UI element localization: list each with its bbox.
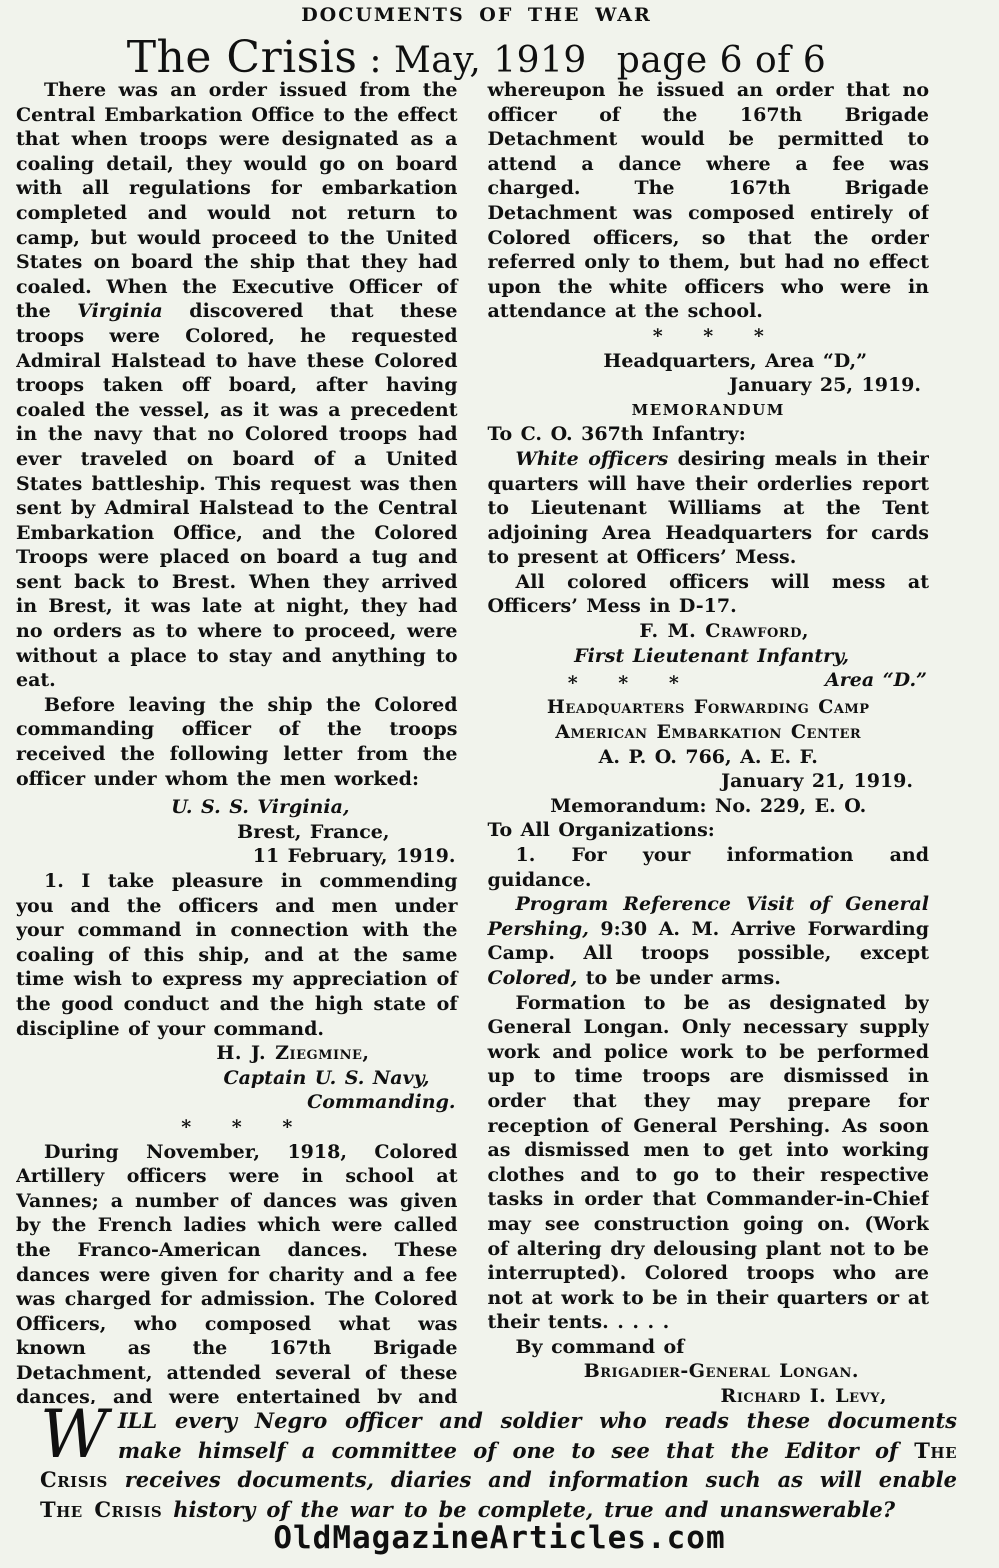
hq-line: Headquarters Forwarding Camp: [488, 695, 930, 720]
signature-title: Captain U. S. Navy,: [16, 1066, 458, 1091]
title-publication: The Crisis: [127, 32, 358, 83]
signature-block-ziegmine: H. J. Ziegmine, Captain U. S. Navy, Comm…: [16, 1041, 458, 1115]
memo-date: January 25, 1919.: [488, 373, 930, 398]
watermark-oldmagazinearticles: OldMagazineArticles.com: [0, 1520, 999, 1556]
paragraph: All colored officers will mess at Office…: [488, 570, 930, 619]
paragraph-text: discovered that these troops were Colore…: [16, 300, 458, 691]
drop-cap: W: [40, 1410, 108, 1460]
magazine-page: DOCUMENTS OF THE WAR The Crisis : May, 1…: [0, 0, 999, 1568]
signature-name: F. M. Crawford,: [488, 619, 930, 644]
page-title: The Crisis : May, 1919 page 6 of 6: [0, 32, 953, 83]
paragraph: White officers desiring meals in their q…: [488, 447, 930, 570]
memo-addressee: To All Organizations:: [488, 818, 930, 843]
letterhead-block: U. S. S. Virginia, Brest, France, 11 Feb…: [16, 795, 458, 869]
memo-date: January 21, 1919.: [488, 769, 930, 794]
paragraph-text: to be under arms.: [577, 967, 781, 989]
memo-label: MEMORANDUM: [488, 398, 930, 423]
emphasis-colored: Colored,: [488, 967, 578, 989]
letterhead-ship: U. S. S. Virginia,: [16, 795, 458, 820]
paragraph: There was an order issued from the Centr…: [16, 78, 458, 693]
paragraph: 1. I take pleasure in commending you and…: [16, 869, 458, 1041]
signature-name: Richard I. Levy,: [488, 1384, 930, 1404]
crisis-name: The Crisis: [40, 1497, 162, 1522]
memo-heading-area-d: Headquarters, Area “D,” January 25, 1919…: [488, 349, 930, 447]
right-column: whereupon he issued an order that no off…: [488, 78, 930, 1404]
appeal-text: ILL every Negro officer and soldier who …: [118, 1408, 957, 1463]
left-column: There was an order issued from the Centr…: [16, 78, 458, 1404]
paragraph: Before leaving the ship the Colored comm…: [16, 693, 458, 791]
section-kicker: DOCUMENTS OF THE WAR: [0, 4, 953, 26]
emphasis-white-officers: White officers: [516, 448, 669, 470]
signature-role: Commanding.: [16, 1090, 458, 1115]
ship-name-italic: Virginia: [77, 300, 162, 322]
appeal-text: receives documents, diaries and informat…: [108, 1467, 957, 1492]
editor-appeal: WILL every Negro officer and soldier who…: [40, 1406, 957, 1524]
signature-title: First Lieutenant Infantry,: [488, 644, 930, 669]
letterhead-date: 11 February, 1919.: [16, 844, 458, 869]
paragraph: Formation to be as designated by General…: [488, 991, 930, 1335]
letterhead-place: Brest, France,: [16, 820, 458, 845]
signature-block-longan: Brigadier-General Longan. Richard I. Lev…: [488, 1359, 930, 1404]
paragraph: 1. For your information and guidance.: [488, 843, 930, 892]
hq-apo-line: A. P. O. 766, A. E. F.: [488, 745, 930, 770]
article-columns: There was an order issued from the Centr…: [16, 78, 929, 1404]
paragraph: During November, 1918, Colored Artillery…: [16, 1140, 458, 1404]
memo-headquarters: Headquarters, Area “D,”: [488, 349, 930, 374]
section-separator: * * *: [16, 1115, 458, 1140]
page-header: DOCUMENTS OF THE WAR The Crisis : May, 1…: [0, 4, 953, 83]
memo-addressee: To C. O. 367th Infantry:: [488, 422, 930, 447]
paragraph-text: There was an order issued from the Centr…: [16, 79, 458, 322]
memo-heading-forwarding-camp: Headquarters Forwarding Camp American Em…: [488, 695, 930, 843]
section-separator: * * *: [488, 324, 930, 349]
letterhead-line: U. S. S. Virginia,: [171, 796, 349, 818]
hq-line: American Embarkation Center: [488, 720, 930, 745]
memo-number: Memorandum: No. 229, E. O.: [488, 794, 930, 819]
by-command-line: By command of: [488, 1335, 930, 1360]
paragraph: Program Reference Visit of General Persh…: [488, 892, 930, 990]
paragraph: whereupon he issued an order that no off…: [488, 78, 930, 324]
signature-name: Brigadier-General Longan.: [488, 1359, 930, 1384]
signature-name: H. J. Ziegmine,: [16, 1041, 458, 1066]
appeal-text: history of the war to be complete, true …: [162, 1497, 895, 1522]
title-issue: : May, 1919: [369, 40, 586, 81]
title-page-number: page 6 of 6: [617, 40, 827, 81]
